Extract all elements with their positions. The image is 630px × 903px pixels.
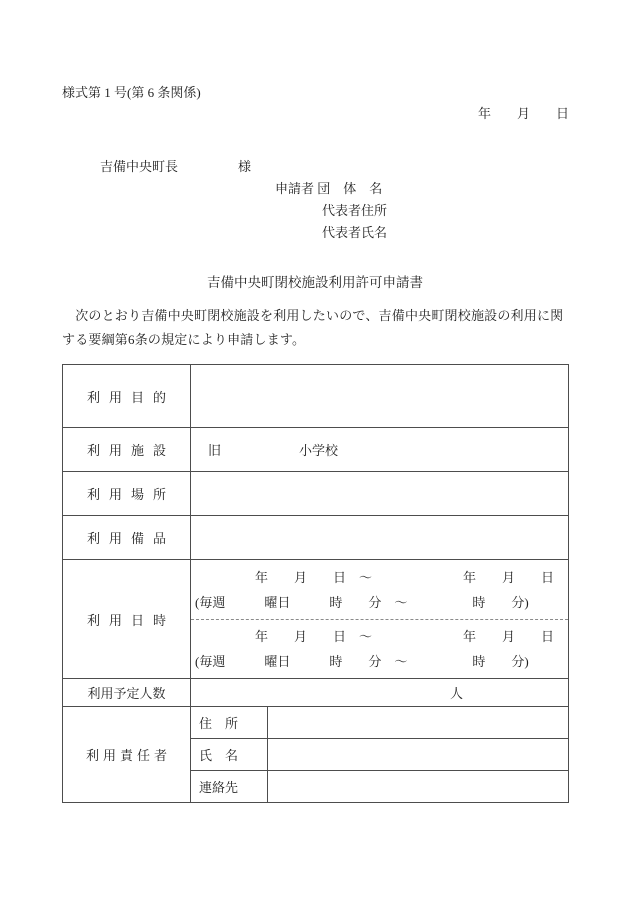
people-value-cell: 人 bbox=[191, 679, 569, 707]
manager-name-value-cell bbox=[268, 739, 569, 771]
manager-name-label: 氏 名 bbox=[191, 739, 268, 771]
application-form-page: 様式第 1 号(第 6 条関係) 年 月 日 吉備中央町長様 申請者 団 体 名… bbox=[0, 0, 630, 903]
facility-label: 利用施設 bbox=[63, 428, 191, 472]
people-unit: 人 bbox=[450, 686, 463, 701]
body-line-1: 次のとおり吉備中央町閉校施設を利用したいので、吉備中央町閉校施設の利用に関 bbox=[62, 308, 563, 323]
date-placeholder: 年 月 日 bbox=[478, 103, 569, 122]
table-row-place: 利用場所 bbox=[63, 472, 569, 516]
manager-label: 利用責任者 bbox=[63, 707, 191, 803]
applicant-representative-name-label: 代表者氏名 bbox=[322, 222, 387, 241]
equipment-label: 利用備品 bbox=[63, 516, 191, 560]
datetime-period-2: 年 月 日 ～ 年 月 日 (毎週 曜日 時 分 ～ 時 分) bbox=[191, 619, 568, 677]
equipment-value-cell bbox=[191, 516, 569, 560]
manager-contact-value-cell bbox=[268, 771, 569, 803]
table-row-equipment: 利用備品 bbox=[63, 516, 569, 560]
place-value-cell bbox=[191, 472, 569, 516]
applicant-group-name-label: 申請者 団 体 名 bbox=[275, 178, 382, 197]
form-number: 様式第 1 号(第 6 条関係) bbox=[62, 82, 201, 101]
table-row-datetime: 利用日時 年 月 日 ～ 年 月 日 (毎週 曜日 時 分 ～ 時 分) 年 月… bbox=[63, 560, 569, 679]
facility-value: 旧 小学校 bbox=[191, 428, 569, 472]
datetime-label: 利用日時 bbox=[63, 560, 191, 679]
purpose-label: 利用目的 bbox=[63, 365, 191, 428]
body-line-2: する要綱第6条の規定により申請します。 bbox=[62, 332, 305, 347]
purpose-value-cell bbox=[191, 365, 569, 428]
datetime-period-2-weekly: (毎週 曜日 時 分 ～ 時 分) bbox=[191, 649, 568, 674]
addressee-line: 吉備中央町長様 bbox=[87, 140, 251, 191]
application-form-table: 利用目的 利用施設 旧 小学校 利用場所 利用備品 利用日時 年 月 日 ～ 年… bbox=[62, 364, 569, 803]
document-title: 吉備中央町閉校施設利用許可申請書 bbox=[0, 271, 630, 291]
body-paragraph: 次のとおり吉備中央町閉校施設を利用したいので、吉備中央町閉校施設の利用に関 する… bbox=[62, 304, 574, 352]
manager-address-value-cell bbox=[268, 707, 569, 739]
addressee: 吉備中央町長 bbox=[100, 159, 178, 174]
table-row-purpose: 利用目的 bbox=[63, 365, 569, 428]
datetime-period-2-dates: 年 月 日 ～ 年 月 日 bbox=[191, 624, 568, 649]
manager-address-label: 住 所 bbox=[191, 707, 268, 739]
addressee-honorific: 様 bbox=[238, 156, 251, 175]
people-label: 利用予定人数 bbox=[63, 679, 191, 707]
table-row-manager-address: 利用責任者 住 所 bbox=[63, 707, 569, 739]
datetime-period-1-dates: 年 月 日 ～ 年 月 日 bbox=[191, 565, 568, 590]
place-label: 利用場所 bbox=[63, 472, 191, 516]
manager-contact-label: 連絡先 bbox=[191, 771, 268, 803]
table-row-facility: 利用施設 旧 小学校 bbox=[63, 428, 569, 472]
table-row-people: 利用予定人数 人 bbox=[63, 679, 569, 707]
datetime-period-1: 年 月 日 ～ 年 月 日 (毎週 曜日 時 分 ～ 時 分) bbox=[191, 561, 568, 619]
applicant-representative-address-label: 代表者住所 bbox=[322, 200, 387, 219]
datetime-value-cell: 年 月 日 ～ 年 月 日 (毎週 曜日 時 分 ～ 時 分) 年 月 日 ～ … bbox=[191, 560, 569, 679]
datetime-period-1-weekly: (毎週 曜日 時 分 ～ 時 分) bbox=[191, 590, 568, 615]
